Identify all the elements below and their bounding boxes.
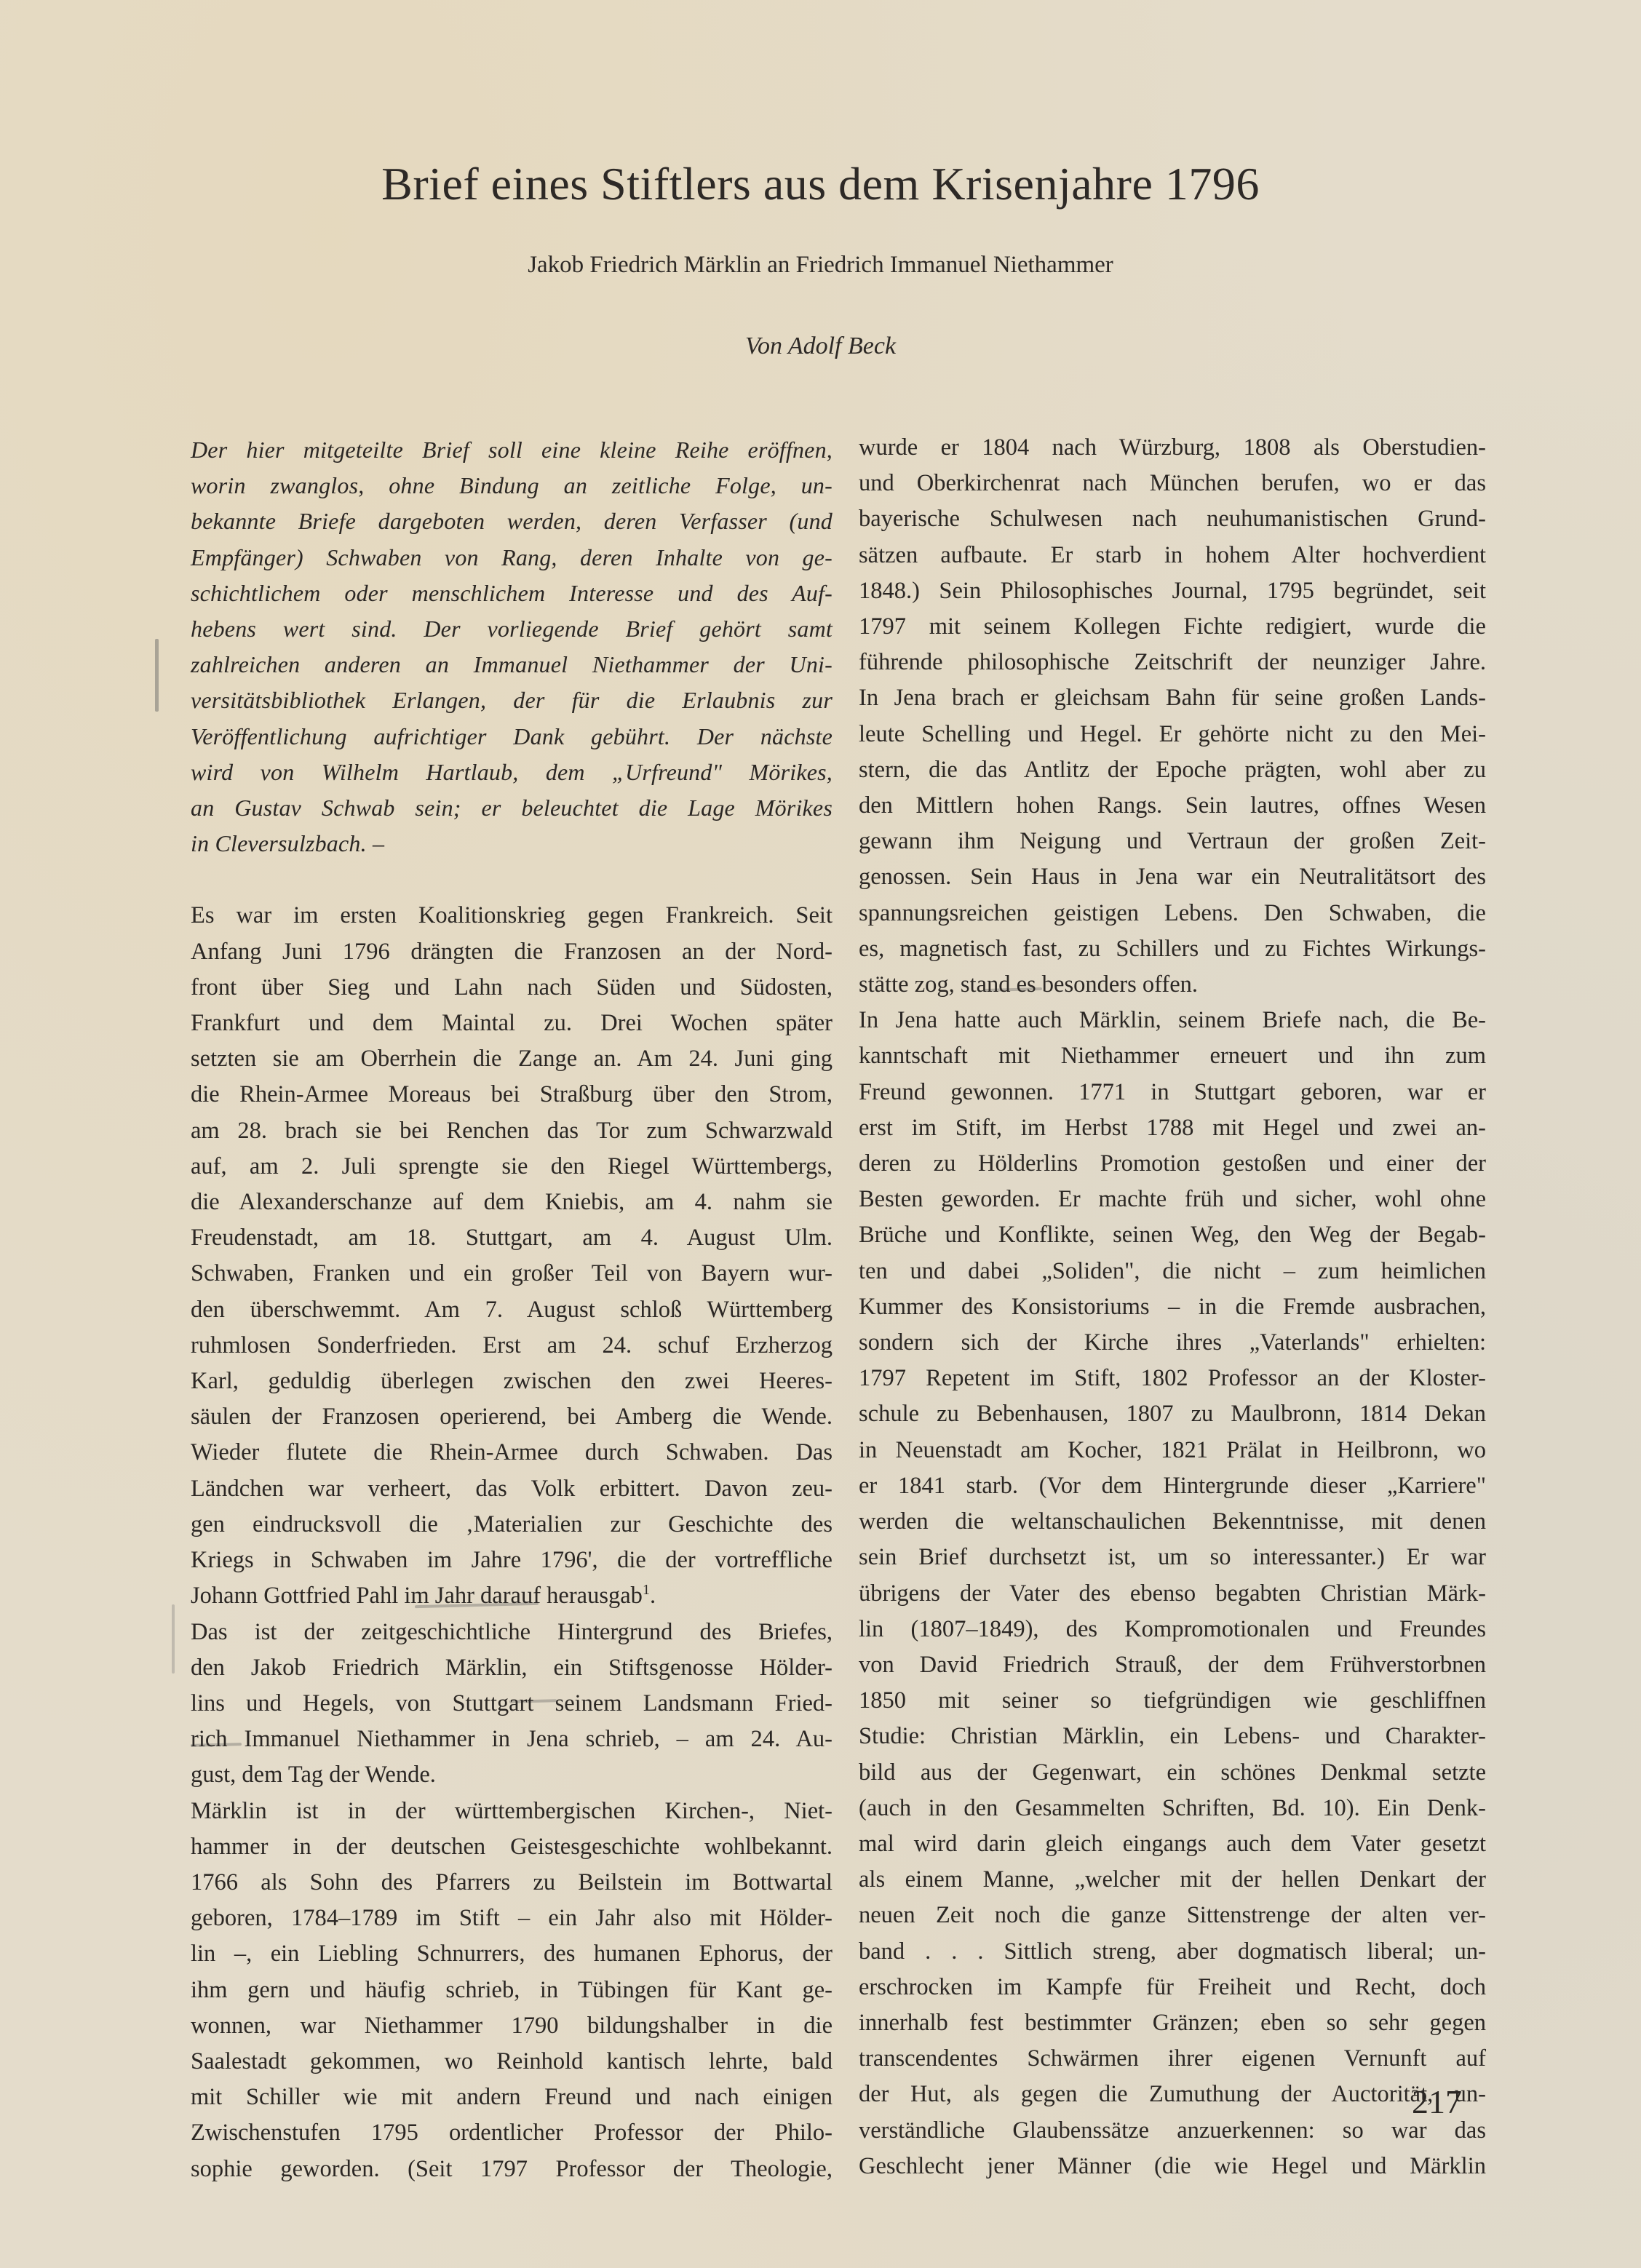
text-line: bekannte Briefe dargeboten werden, deren… xyxy=(191,504,833,539)
text-line: spannungsreichen geistigen Lebens. Den S… xyxy=(859,896,1486,931)
text-line: ruhmlosen Sonderfrieden. Erst am 24. sch… xyxy=(191,1328,833,1364)
text-line: sein Brief durchsetzt ist, um so interes… xyxy=(859,1540,1486,1575)
text-line: In Jena hatte auch Märklin, seinem Brief… xyxy=(859,1003,1486,1038)
text-line: front über Sieg und Lahn nach Süden und … xyxy=(191,970,833,1006)
text-line: Ländchen war verheert, das Volk erbitter… xyxy=(191,1471,833,1507)
text-line: 1848.) Sein Philosophisches Journal, 179… xyxy=(859,573,1486,609)
text-line: hammer in der deutschen Geistesgeschicht… xyxy=(191,1829,833,1865)
text-line: den Jakob Friedrich Märklin, ein Stiftsg… xyxy=(191,1650,833,1686)
text-line: zahlreichen anderen an Immanuel Niethamm… xyxy=(191,647,833,683)
text-line: innerhalb fest bestimmter Gränzen; eben … xyxy=(859,2005,1486,2041)
text-line-with-footnote: Johann Gottfried Pahl im Jahr darauf her… xyxy=(191,1578,833,1614)
text-line: 1766 als Sohn des Pfarrers zu Beilstein … xyxy=(191,1865,833,1901)
text-line: Veröffentlichung aufrichtiger Dank gebüh… xyxy=(191,719,833,755)
text-line: übrigens der Vater des ebenso begabten C… xyxy=(859,1576,1486,1612)
text-line: säulen der Franzosen operierend, bei Amb… xyxy=(191,1399,833,1435)
page-number: 217 xyxy=(1412,2082,1462,2121)
text-line: lin –, ein Liebling Schnurrers, des huma… xyxy=(191,1936,833,1972)
text-line: wonnen, war Niethammer 1790 bildungshalb… xyxy=(191,2008,833,2044)
text-line: Freund gewonnen. 1771 in Stuttgart gebor… xyxy=(859,1075,1486,1110)
text-line: 1797 mit seinem Kollegen Fichte redigier… xyxy=(859,609,1486,645)
text-line: ten und dabei „Soliden", die nicht – zum… xyxy=(859,1254,1486,1289)
text-line: an Gustav Schwab sein; er beleuchtet die… xyxy=(191,790,833,826)
text-line: ihm gern und häufig schrieb, in Tübingen… xyxy=(191,1973,833,2008)
pencil-margin-mark xyxy=(155,639,159,712)
text-line: sondern sich der Kirche ihres „Vaterland… xyxy=(859,1325,1486,1361)
text-line: Empfänger) Schwaben von Rang, deren Inha… xyxy=(191,540,833,576)
text-line: (auch in den Gesammelten Schriften, Bd. … xyxy=(859,1791,1486,1826)
pencil-margin-mark xyxy=(172,1604,175,1674)
text-line: Studie: Christian Märklin, ein Lebens- u… xyxy=(859,1719,1486,1754)
text-line: Brüche und Konflikte, seinen Weg, den We… xyxy=(859,1217,1486,1253)
text-line: er 1841 starb. (Vor dem Hintergrunde die… xyxy=(859,1468,1486,1504)
text-line: auf, am 2. Juli sprengte sie den Riegel … xyxy=(191,1149,833,1185)
text-line: Es war im ersten Koalitionskrieg gegen F… xyxy=(191,898,833,934)
text-line: lins und Hegels, von Stuttgart seinem La… xyxy=(191,1686,833,1722)
text-line: Saalestadt gekommen, wo Reinhold kantisc… xyxy=(191,2044,833,2080)
text-line: rich Immanuel Niethammer in Jena schrieb… xyxy=(191,1722,833,1757)
text-line: Märklin ist in der württembergischen Kir… xyxy=(191,1794,833,1829)
left-column: Der hier mitgeteilte Brief soll eine kle… xyxy=(191,432,833,2187)
text-line: den überschwemmt. Am 7. August schloß Wü… xyxy=(191,1292,833,1328)
text-line: Zwischenstufen 1795 ordentlicher Profess… xyxy=(191,2115,833,2151)
text-line: führende philosophische Zeitschrift der … xyxy=(859,645,1486,680)
text-line: in Neuenstadt am Kocher, 1821 Prälat in … xyxy=(859,1433,1486,1468)
text-line: mal wird darin gleich eingangs auch dem … xyxy=(859,1826,1486,1862)
text-line: leute Schelling und Hegel. Er gehörte ni… xyxy=(859,717,1486,752)
text-line: der Hut, als gegen die Zumuthung der Auc… xyxy=(859,2077,1486,2112)
text-line: lin (1807–1849), des Kompromotionalen un… xyxy=(859,1612,1486,1647)
text-line: 1850 mit seiner so tiefgründigen wie ges… xyxy=(859,1683,1486,1719)
text-line: Schwaben, Franken und ein großer Teil vo… xyxy=(191,1256,833,1292)
text-line: am 28. brach sie bei Renchen das Tor zum… xyxy=(191,1113,833,1149)
text-line: mit Schiller wie mit andern Freund und n… xyxy=(191,2080,833,2115)
text-line: Anfang Juni 1796 drängten die Franzosen … xyxy=(191,934,833,970)
text-line: versitätsbibliothek Erlangen, der für di… xyxy=(191,683,833,718)
text-line: wurde er 1804 nach Würzburg, 1808 als Ob… xyxy=(859,430,1486,466)
text-line: verständliche Glaubenssätze anzuerkennen… xyxy=(859,2113,1486,2149)
text-line: es, magnetisch fast, zu Schillers und zu… xyxy=(859,931,1486,967)
editorial-intro: Der hier mitgeteilte Brief soll eine kle… xyxy=(191,432,833,862)
text-line: Geschlecht jener Männer (die wie Hegel u… xyxy=(859,2149,1486,2184)
text-line: Der hier mitgeteilte Brief soll eine kle… xyxy=(191,432,833,468)
text-line: Freudenstadt, am 18. Stuttgart, am 4. Au… xyxy=(191,1220,833,1256)
text-line: In Jena brach er gleichsam Bahn für sein… xyxy=(859,680,1486,716)
text-line: den Mittlern hohen Rangs. Sein lautres, … xyxy=(859,788,1486,824)
text-line: neuen Zeit noch die ganze Sittenstrenge … xyxy=(859,1898,1486,1933)
text-line: gust, dem Tag der Wende. xyxy=(191,1757,833,1793)
article-byline: Von Adolf Beck xyxy=(0,333,1641,360)
text-line: bild aus der Gegenwart, ein schönes Denk… xyxy=(859,1755,1486,1791)
text-line: 1797 Repetent im Stift, 1802 Professor a… xyxy=(859,1361,1486,1396)
text-line: die Rhein-Armee Moreaus bei Straßburg üb… xyxy=(191,1077,833,1113)
text-line: Wieder flutete die Rhein-Armee durch Sch… xyxy=(191,1435,833,1471)
text-line: als einem Manne, „welcher mit der hellen… xyxy=(859,1862,1486,1898)
text-line: und Oberkirchenrat nach München berufen,… xyxy=(859,466,1486,501)
text-line: stätte zog, stand es besonders offen. xyxy=(859,967,1486,1003)
text-line: schichtlichem oder menschlichem Interess… xyxy=(191,576,833,611)
text-line: geboren, 1784–1789 im Stift – ein Jahr a… xyxy=(191,1901,833,1936)
text-line: sätzen aufbaute. Er starb in hohem Alter… xyxy=(859,538,1486,573)
journal-page: Brief eines Stiftlers aus dem Krisenjahr… xyxy=(0,0,1641,2268)
text-line: schule zu Bebenhausen, 1807 zu Maulbronn… xyxy=(859,1396,1486,1432)
text-line: worin zwanglos, ohne Bindung an zeitlich… xyxy=(191,468,833,504)
text-line: gewann ihm Neigung und Vertraun der groß… xyxy=(859,824,1486,859)
text-line: von David Friedrich Strauß, der dem Früh… xyxy=(859,1647,1486,1683)
text-line: Kriegs in Schwaben im Jahre 1796', die d… xyxy=(191,1543,833,1578)
text-line: Frankfurt und dem Maintal zu. Drei Woche… xyxy=(191,1006,833,1041)
text-line: Besten geworden. Er machte früh und sich… xyxy=(859,1182,1486,1217)
text-line: Karl, geduldig überlegen zwischen den zw… xyxy=(191,1364,833,1399)
text-line: erst im Stift, im Herbst 1788 mit Hegel … xyxy=(859,1110,1486,1146)
right-column: wurde er 1804 nach Würzburg, 1808 als Ob… xyxy=(859,430,1486,2184)
text-line: stern, die das Antlitz der Epoche prägte… xyxy=(859,752,1486,788)
text-line: die Alexanderschanze auf dem Kniebis, am… xyxy=(191,1185,833,1220)
text-line: hebens wert sind. Der vorliegende Brief … xyxy=(191,611,833,647)
text-line: Das ist der zeitgeschichtliche Hintergru… xyxy=(191,1615,833,1650)
text-line: gen eindrucksvoll die ‚Materialien zur G… xyxy=(191,1507,833,1543)
text-line: wird von Wilhelm Hartlaub, dem „Urfreund… xyxy=(191,755,833,790)
body-text-left: Es war im ersten Koalitionskrieg gegen F… xyxy=(191,898,833,2187)
text-line: bayerische Schulwesen nach neuhumanistis… xyxy=(859,501,1486,537)
text-line: kanntschaft mit Niethammer erneuert und … xyxy=(859,1038,1486,1074)
text-line: transcendentes Schwärmen ihrer eigenen V… xyxy=(859,2041,1486,2077)
text-line: setzten sie am Oberrhein die Zange an. A… xyxy=(191,1041,833,1077)
article-subtitle: Jakob Friedrich Märklin an Friedrich Imm… xyxy=(0,252,1641,279)
text-line: band . . . Sittlich streng, aber dogmati… xyxy=(859,1934,1486,1970)
article-title: Brief eines Stiftlers aus dem Krisenjahr… xyxy=(0,157,1641,211)
text-line: in Cleversulzbach. – xyxy=(191,826,833,862)
text-line: werden die weltanschaulichen Bekenntniss… xyxy=(859,1504,1486,1540)
text-line: genossen. Sein Haus in Jena war ein Neut… xyxy=(859,859,1486,895)
text-line: erschrocken im Kampfe für Freiheit und R… xyxy=(859,1970,1486,2005)
text-line: sophie geworden. (Seit 1797 Professor de… xyxy=(191,2152,833,2187)
text-line: deren zu Hölderlins Promotion gestoßen u… xyxy=(859,1146,1486,1182)
footnote-marker[interactable]: 1 xyxy=(643,1582,650,1598)
text-line: Kummer des Konsistoriums – in die Fremde… xyxy=(859,1289,1486,1325)
